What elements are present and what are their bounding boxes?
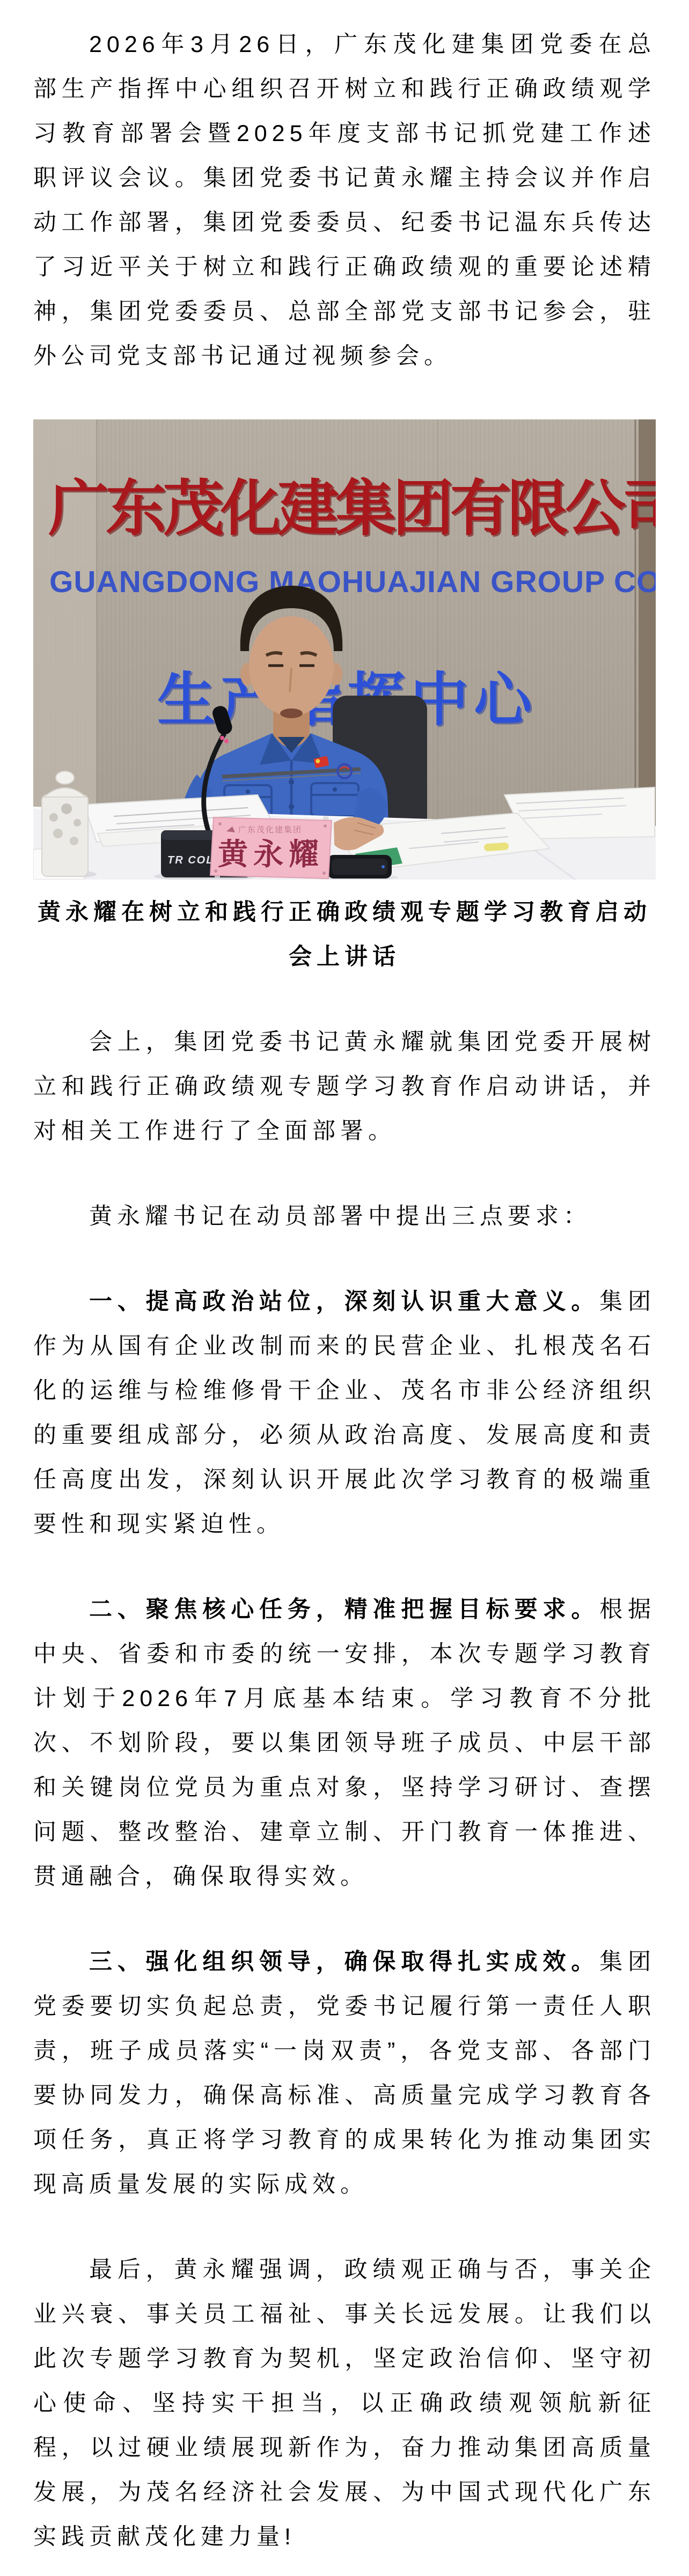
paragraph-point-2: 二、聚焦核心任务，精准把握目标要求。根据中央、省委和市委的统一安排，本次专题学习… [33, 1588, 656, 1899]
paragraph-intro: 2026年3月26日，广东茂化建集团党委在总部生产指挥中心组织召开树立和践行正确… [33, 23, 656, 379]
speaker-face [249, 616, 334, 716]
paragraph-text: 集团作为从国有企业改制而来的民营企业、扎根茂名石化的运维与检维修骨干企业、茂名市… [33, 1289, 656, 1537]
paragraph-conclusion: 最后，黄永耀强调，政绩观正确与否，事关企业兴衰、事关员工福祉、事关长远发展。让我… [33, 2248, 656, 2559]
name-card-org: 广东茂化建集团 [238, 825, 302, 835]
paragraph-point-3: 三、强化组织领导，确保取得扎实成效。集团党委要切实负起总责，党委书记履行第一责任… [33, 1940, 656, 2207]
paragraph-text: 集团党委要切实负起总责，党委书记履行第一责任人职责，班子成员落实“一岗双责”，各… [33, 1949, 656, 2197]
paragraph-speech: 会上，集团党委书记黄永耀就集团党委开展树立和践行正确政绩观专题学习教育作启动讲话… [33, 1020, 656, 1154]
paragraph-text: 最后，黄永耀强调，政绩观正确与否，事关企业兴衰、事关员工福祉、事关长远发展。让我… [33, 2257, 656, 2550]
paragraph-lead: 二、聚焦核心任务，精准把握目标要求。 [89, 1597, 599, 1622]
paragraph-text: 根据中央、省委和市委的统一安排，本次专题学习教育计划于2026年7月底基本结束。… [33, 1597, 656, 1889]
paragraph-point-1: 一、提高政治站位，深刻认识重大意义。集团作为从国有企业改制而来的民营企业、扎根茂… [33, 1280, 656, 1547]
paragraph-requirements-intro: 黄永耀书记在动员部署中提出三点要求： [33, 1194, 656, 1239]
name-card: 广东茂化建集团 黄永耀 [210, 816, 332, 879]
meeting-photo[interactable]: 广东茂化建集团有限公司 广东茂化建集团有限公司 GUANGDONG MAOHUA… [33, 419, 656, 880]
article-body: 2026年3月26日，广东茂化建集团党委在总部生产指挥中心组织召开树立和践行正确… [0, 0, 689, 2559]
wall-sign-en: GUANGDONG MAOHUAJIAN GROUP CO .,LTD. [49, 565, 656, 599]
photo-caption: 黄永耀在树立和践行正确政绩观专题学习教育启动会上讲话 [33, 890, 656, 979]
paragraph-text: 会上，集团党委书记黄永耀就集团党委开展树立和践行正确政绩观专题学习教育作启动讲话… [33, 1029, 656, 1144]
phone [327, 855, 392, 879]
article-page: 2026年3月26日，广东茂化建集团党委在总部生产指挥中心组织召开树立和践行正确… [0, 0, 689, 2576]
speaker-mouth [280, 708, 303, 718]
paragraph-text: 2026年3月26日，广东茂化建集团党委在总部生产指挥中心组织召开树立和践行正确… [33, 32, 656, 369]
name-card-name: 黄永耀 [218, 838, 324, 872]
paragraph-text: 黄永耀书记在动员部署中提出三点要求： [89, 1204, 591, 1229]
paragraph-lead: 三、强化组织领导，确保取得扎实成效。 [89, 1949, 599, 1975]
paragraph-lead: 一、提高政治站位，深刻认识重大意义。 [89, 1289, 599, 1315]
wall-sign-cn: 广东茂化建集团有限公司 [48, 475, 656, 542]
